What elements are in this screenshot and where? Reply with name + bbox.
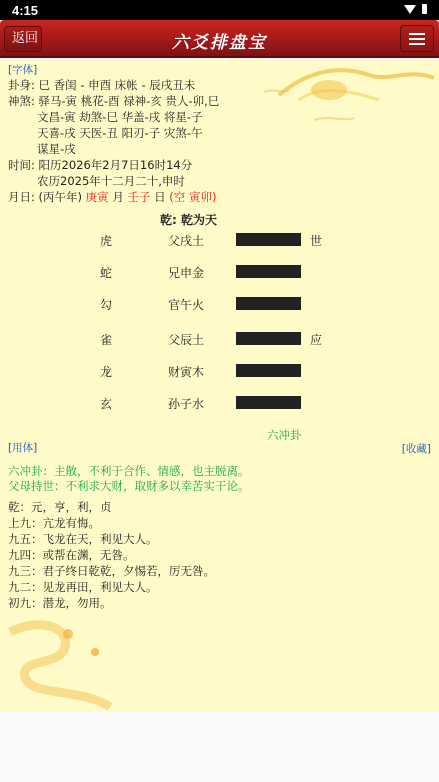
yang-line-icon: [236, 233, 301, 246]
yang-line-icon: [236, 332, 301, 345]
time-label: 时间:: [8, 158, 35, 172]
yang-line-icon: [236, 364, 301, 377]
battery-icon: [422, 4, 427, 14]
year-ganzhi: (丙午年): [39, 190, 82, 204]
month-word: 月: [112, 190, 124, 204]
yao-row: 蛇 兄申金: [0, 264, 439, 280]
phoenix-decoration-icon: [259, 60, 439, 135]
yongti-link[interactable]: [用体]: [8, 440, 37, 456]
kong-wang: (空 寅卯): [169, 190, 216, 204]
yao-row: 雀 父辰土 应: [0, 331, 439, 347]
six-god: 龙: [100, 363, 112, 380]
guashen-label: 卦身:: [8, 78, 35, 92]
shensha-row: 神煞: 驿马-寅 桃花-酉 禄神-亥 贵人-卯,巳: [8, 93, 219, 109]
day-ganzhi: 壬子: [127, 190, 150, 204]
yang-line-icon: [236, 297, 301, 310]
menu-button[interactable]: [400, 25, 434, 52]
yao-name: 兄申金: [168, 264, 204, 281]
six-god: 蛇: [100, 264, 112, 281]
gua-text-line: 九三：君子终日乾乾，夕惕若，厉无咎。: [8, 563, 215, 579]
status-bar: 4:15: [0, 0, 439, 20]
hexagram-category: 六冲卦: [267, 427, 302, 443]
yao-row: 勾 官午火: [0, 296, 439, 312]
yao-name: 孙子水: [168, 395, 204, 412]
gua-text-line: 九二：见龙再田，利见大人。: [8, 579, 158, 595]
shensha-line: 文昌-寅 劫煞-巳 华盖-戌 将星-子: [37, 109, 203, 125]
yao-row: 玄 孙子水: [0, 395, 439, 411]
status-time: 4:15: [12, 3, 38, 18]
six-god: 勾: [100, 296, 112, 313]
yang-line-icon: [236, 396, 301, 409]
time-row: 时间: 阳历2026年2月7日16时14分: [8, 157, 192, 173]
yao-name: 财寅木: [168, 363, 204, 380]
wifi-icon: [404, 5, 416, 14]
six-god: 玄: [100, 395, 112, 412]
yao-name: 父戌土: [168, 232, 204, 249]
shensha-line: 谋星-戌: [37, 141, 76, 157]
six-god: 雀: [100, 331, 112, 348]
shi-mark: 世: [310, 232, 322, 249]
day-word: 日: [154, 190, 166, 204]
guashen-value: 巳 香闺 - 申酉 床帐 - 辰戌丑未: [39, 78, 196, 92]
date-label: 月日:: [8, 190, 35, 204]
hamburger-menu-icon: [409, 38, 425, 40]
time-lunar: 农历2025年十二月二十,申时: [37, 173, 185, 189]
gua-text-line: 乾：元，亨，利，贞: [8, 499, 112, 515]
content-area: [字体] 卦身: 巳 香闺 - 申酉 床帐 - 辰戌丑未 神煞: 驿马-寅 桃花…: [0, 60, 439, 712]
ying-mark: 应: [310, 331, 322, 348]
yang-line-icon: [236, 265, 301, 278]
shensha-line: 天喜-戌 天医-丑 阳刃-子 灾煞-午: [37, 125, 203, 141]
month-ganzhi: 庚寅: [86, 190, 109, 204]
hamburger-menu-icon: [409, 33, 425, 35]
shensha-line: 驿马-寅 桃花-酉 禄神-亥 贵人-卯,巳: [39, 94, 220, 108]
guashen-row: 卦身: 巳 香闺 - 申酉 床帐 - 辰戌丑未: [8, 77, 195, 93]
gua-text-line: 九五：飞龙在天，利见大人。: [8, 531, 158, 547]
date-row: 月日: (丙午年) 庚寅 月 壬子 日 (空 寅卯): [8, 189, 216, 205]
yao-name: 官午火: [168, 296, 204, 313]
hamburger-menu-icon: [409, 43, 425, 45]
time-solar: 阳历2026年2月7日16时14分: [39, 158, 193, 172]
yao-name: 父辰土: [168, 331, 204, 348]
gua-text-line: 九四：或帮在渊，无咎。: [8, 547, 135, 563]
font-link[interactable]: [字体]: [8, 62, 37, 78]
app-title: 六爻排盘宝: [0, 28, 439, 53]
status-icons: [404, 4, 427, 14]
gua-text-line: 上九：亢龙有悔。: [8, 515, 100, 531]
analysis-line: 六冲卦：主散，不利于合作、情感，也主脱离。: [8, 463, 250, 479]
yao-row: 龙 财寅木: [0, 363, 439, 379]
six-god: 虎: [100, 232, 112, 249]
app-header: 返回 六爻排盘宝: [0, 20, 439, 58]
analysis-line: 父母持世：不利求大财，取财多以幸苦实干论。: [8, 478, 250, 494]
dragon-decoration-icon: [0, 612, 120, 712]
gua-text-line: 初九：潜龙，勿用。: [8, 595, 112, 611]
hexagram-title: 乾: 乾为天: [160, 211, 217, 228]
favorite-link[interactable]: [收藏]: [402, 441, 431, 456]
yao-row: 虎 父戌土 世: [0, 232, 439, 248]
shensha-label: 神煞:: [8, 94, 35, 108]
